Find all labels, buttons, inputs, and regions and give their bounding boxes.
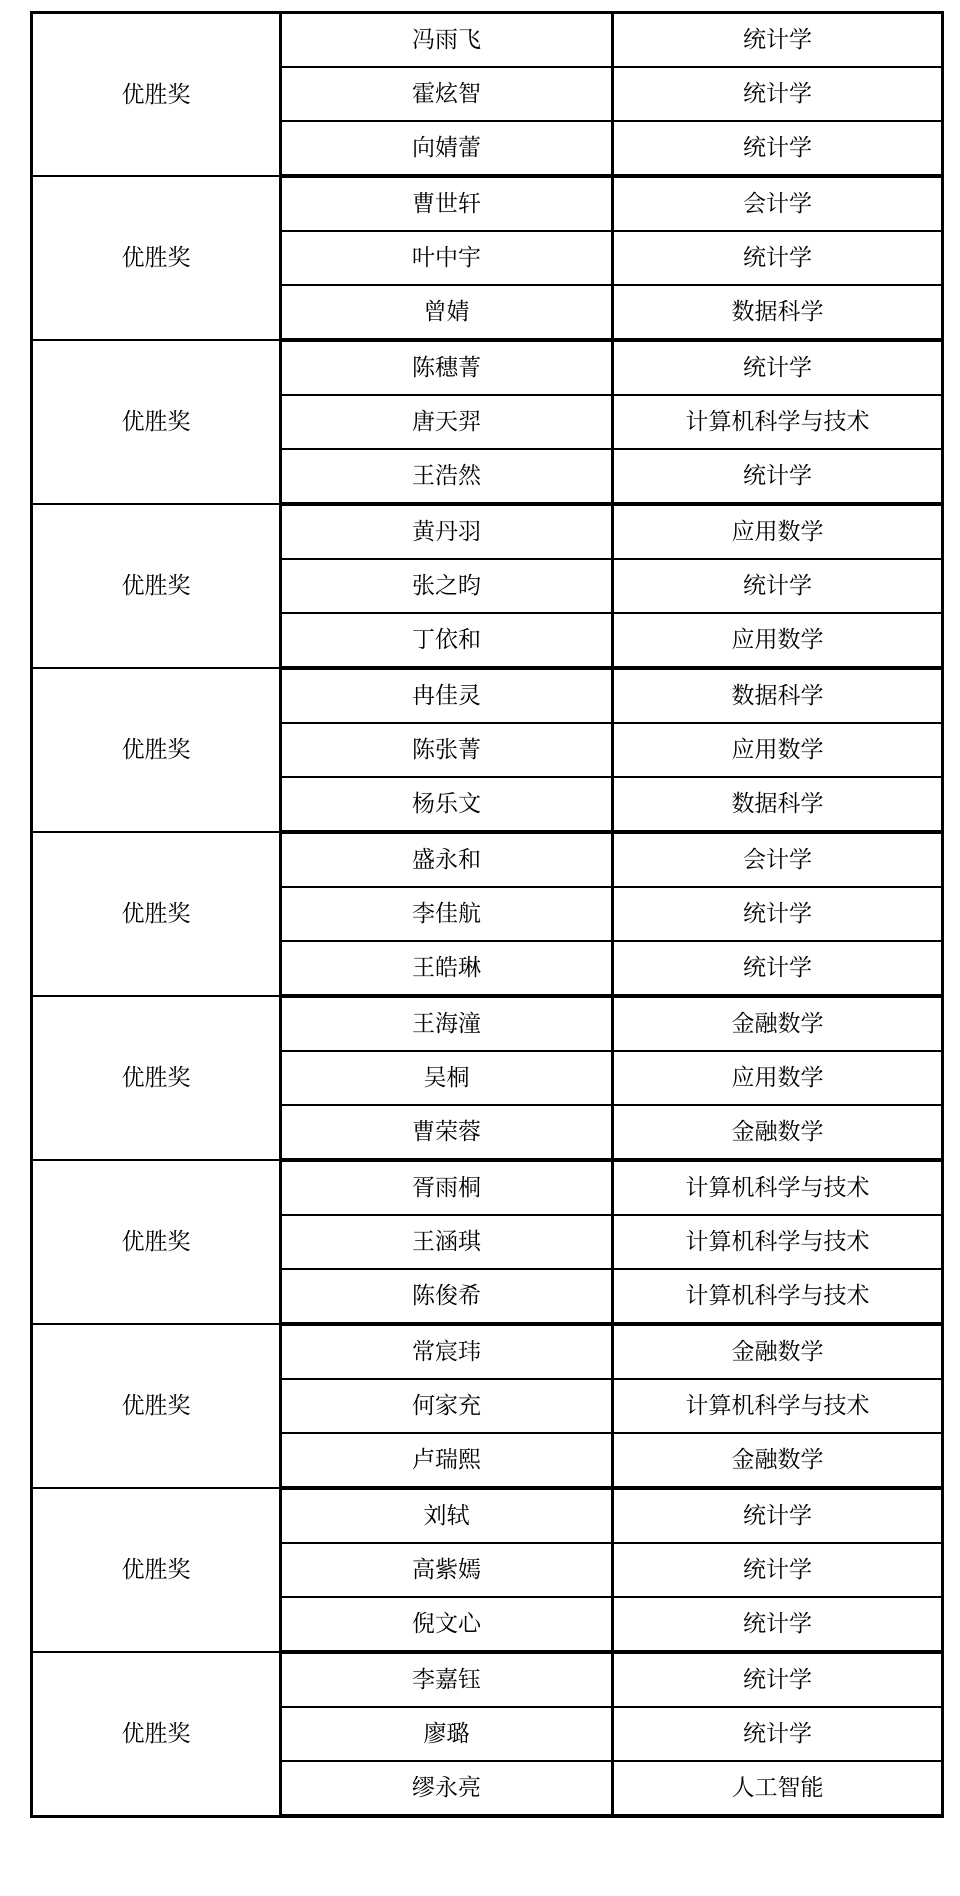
winner-name-cell: 曾婧 bbox=[281, 285, 613, 340]
award-cell: 优胜奖 bbox=[32, 1488, 281, 1652]
award-cell: 优胜奖 bbox=[32, 1652, 281, 1816]
award-cell: 优胜奖 bbox=[32, 996, 281, 1160]
winner-name-cell: 刘轼 bbox=[281, 1488, 613, 1543]
major-cell: 统计学 bbox=[613, 941, 943, 996]
awards-table: 优胜奖 冯雨飞 统计学 霍炫智 统计学 向婧蕾 统计学 优胜奖 曹世轩 会计学 … bbox=[30, 11, 944, 1818]
table-row: 优胜奖 冉佳灵 数据科学 bbox=[32, 668, 943, 723]
table-row: 优胜奖 李嘉钰 统计学 bbox=[32, 1652, 943, 1707]
major-cell: 计算机科学与技术 bbox=[613, 1379, 943, 1433]
major-cell: 统计学 bbox=[613, 231, 943, 285]
winner-name-cell: 丁依和 bbox=[281, 613, 613, 668]
table-row: 优胜奖 陈穗菁 统计学 bbox=[32, 340, 943, 395]
major-cell: 统计学 bbox=[613, 67, 943, 121]
award-cell: 优胜奖 bbox=[32, 1324, 281, 1488]
award-cell: 优胜奖 bbox=[32, 504, 281, 668]
winner-name-cell: 王涵琪 bbox=[281, 1215, 613, 1269]
major-cell: 计算机科学与技术 bbox=[613, 1160, 943, 1215]
winner-name-cell: 霍炫智 bbox=[281, 67, 613, 121]
winner-name-cell: 何家充 bbox=[281, 1379, 613, 1433]
major-cell: 统计学 bbox=[613, 887, 943, 941]
major-cell: 计算机科学与技术 bbox=[613, 1269, 943, 1324]
table-row: 优胜奖 常宸玮 金融数学 bbox=[32, 1324, 943, 1379]
winner-name-cell: 倪文心 bbox=[281, 1597, 613, 1652]
table-row: 优胜奖 胥雨桐 计算机科学与技术 bbox=[32, 1160, 943, 1215]
major-cell: 应用数学 bbox=[613, 1051, 943, 1105]
winner-name-cell: 王皓琳 bbox=[281, 941, 613, 996]
major-cell: 计算机科学与技术 bbox=[613, 1215, 943, 1269]
winner-name-cell: 黄丹羽 bbox=[281, 504, 613, 559]
major-cell: 统计学 bbox=[613, 1652, 943, 1707]
major-cell: 应用数学 bbox=[613, 613, 943, 668]
major-cell: 数据科学 bbox=[613, 285, 943, 340]
winner-name-cell: 陈俊希 bbox=[281, 1269, 613, 1324]
major-cell: 统计学 bbox=[613, 13, 943, 68]
winner-name-cell: 向婧蕾 bbox=[281, 121, 613, 176]
winner-name-cell: 冉佳灵 bbox=[281, 668, 613, 723]
major-cell: 统计学 bbox=[613, 121, 943, 176]
major-cell: 会计学 bbox=[613, 176, 943, 231]
major-cell: 统计学 bbox=[613, 340, 943, 395]
awards-page: 优胜奖 冯雨飞 统计学 霍炫智 统计学 向婧蕾 统计学 优胜奖 曹世轩 会计学 … bbox=[0, 0, 960, 1896]
major-cell: 数据科学 bbox=[613, 777, 943, 832]
award-cell: 优胜奖 bbox=[32, 832, 281, 996]
winner-name-cell: 唐天羿 bbox=[281, 395, 613, 449]
award-cell: 优胜奖 bbox=[32, 176, 281, 340]
winner-name-cell: 曹荣蓉 bbox=[281, 1105, 613, 1160]
major-cell: 统计学 bbox=[613, 559, 943, 613]
winner-name-cell: 吴桐 bbox=[281, 1051, 613, 1105]
major-cell: 金融数学 bbox=[613, 1105, 943, 1160]
major-cell: 统计学 bbox=[613, 449, 943, 504]
major-cell: 统计学 bbox=[613, 1597, 943, 1652]
winner-name-cell: 曹世轩 bbox=[281, 176, 613, 231]
major-cell: 会计学 bbox=[613, 832, 943, 887]
major-cell: 应用数学 bbox=[613, 504, 943, 559]
table-row: 优胜奖 黄丹羽 应用数学 bbox=[32, 504, 943, 559]
major-cell: 人工智能 bbox=[613, 1761, 943, 1816]
winner-name-cell: 李佳航 bbox=[281, 887, 613, 941]
major-cell: 应用数学 bbox=[613, 723, 943, 777]
winner-name-cell: 杨乐文 bbox=[281, 777, 613, 832]
major-cell: 金融数学 bbox=[613, 1433, 943, 1488]
awards-table-body: 优胜奖 冯雨飞 统计学 霍炫智 统计学 向婧蕾 统计学 优胜奖 曹世轩 会计学 … bbox=[32, 13, 943, 1817]
winner-name-cell: 高紫嫣 bbox=[281, 1543, 613, 1597]
winner-name-cell: 陈穗菁 bbox=[281, 340, 613, 395]
major-cell: 统计学 bbox=[613, 1707, 943, 1761]
major-cell: 计算机科学与技术 bbox=[613, 395, 943, 449]
winner-name-cell: 卢瑞熙 bbox=[281, 1433, 613, 1488]
award-cell: 优胜奖 bbox=[32, 340, 281, 504]
table-row: 优胜奖 盛永和 会计学 bbox=[32, 832, 943, 887]
winner-name-cell: 常宸玮 bbox=[281, 1324, 613, 1379]
award-cell: 优胜奖 bbox=[32, 13, 281, 177]
table-row: 优胜奖 冯雨飞 统计学 bbox=[32, 13, 943, 68]
winner-name-cell: 缪永亮 bbox=[281, 1761, 613, 1816]
winner-name-cell: 冯雨飞 bbox=[281, 13, 613, 68]
major-cell: 统计学 bbox=[613, 1543, 943, 1597]
major-cell: 金融数学 bbox=[613, 996, 943, 1051]
winner-name-cell: 陈张菁 bbox=[281, 723, 613, 777]
winner-name-cell: 王海潼 bbox=[281, 996, 613, 1051]
winner-name-cell: 张之昀 bbox=[281, 559, 613, 613]
table-row: 优胜奖 刘轼 统计学 bbox=[32, 1488, 943, 1543]
award-cell: 优胜奖 bbox=[32, 668, 281, 832]
winner-name-cell: 廖璐 bbox=[281, 1707, 613, 1761]
table-row: 优胜奖 曹世轩 会计学 bbox=[32, 176, 943, 231]
major-cell: 数据科学 bbox=[613, 668, 943, 723]
major-cell: 统计学 bbox=[613, 1488, 943, 1543]
table-row: 优胜奖 王海潼 金融数学 bbox=[32, 996, 943, 1051]
winner-name-cell: 胥雨桐 bbox=[281, 1160, 613, 1215]
major-cell: 金融数学 bbox=[613, 1324, 943, 1379]
winner-name-cell: 叶中宇 bbox=[281, 231, 613, 285]
winner-name-cell: 王浩然 bbox=[281, 449, 613, 504]
winner-name-cell: 盛永和 bbox=[281, 832, 613, 887]
award-cell: 优胜奖 bbox=[32, 1160, 281, 1324]
winner-name-cell: 李嘉钰 bbox=[281, 1652, 613, 1707]
